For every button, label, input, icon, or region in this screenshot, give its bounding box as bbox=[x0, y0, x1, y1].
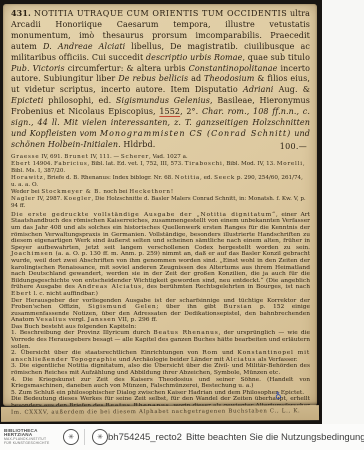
description-paragraph: 5. Zum Schluß ein philosophischer Dialog… bbox=[11, 390, 310, 397]
bibliography-line: Graesse IV, 691. Brunet IV, 111. — Scher… bbox=[11, 154, 310, 161]
bibliotheca-hertziana-logo: BIBLIOTHECA HERTZIANA MAX-PLANCK-INSTITU… bbox=[4, 429, 60, 446]
description-paragraph: 2. Übersicht über die staatsrechtlichen … bbox=[11, 350, 310, 363]
minerva-seal-icon: ✳ bbox=[63, 429, 79, 445]
minerva-seal-icon: ✳ bbox=[92, 429, 108, 445]
digitized-catalog-page: 431. NOTITIA UTRAQUE CUM ORIENTIS TUM OC… bbox=[0, 0, 364, 450]
catalog-entry-block: 431. NOTITIA UTRAQUE CUM ORIENTIS TUM OC… bbox=[11, 8, 310, 151]
catalog-card: 431. NOTITIA UTRAQUE CUM ORIENTIS TUM OC… bbox=[3, 4, 317, 406]
bibliography-line: Weder bei Stockmeyer & B. noch bei Hecke… bbox=[11, 189, 310, 196]
usage-notice: Bitte beachten Sie die Nutzungsbedingung… bbox=[186, 432, 364, 443]
catalog-entry-text: 431. NOTITIA UTRAQUE CUM ORIENTIS TUM OC… bbox=[11, 8, 310, 151]
image-id: bh754245_recto2 bbox=[108, 432, 182, 443]
description-paragraph: Das Buch besteht aus folgenden Kapiteln: bbox=[11, 324, 310, 331]
description-paragraph: 3. Die eigentliche Notitia dignitatum, a… bbox=[11, 363, 310, 376]
bibliography-line: Nagler IV, 2987. Koegler, Die Holzschnit… bbox=[11, 196, 310, 210]
scan-background: 431. NOTITIA UTRAQUE CUM ORIENTIS TUM OC… bbox=[0, 0, 322, 424]
description-block: Die erste gedruckte vollständige Ausgabe… bbox=[11, 212, 310, 406]
description-paragraph: Der Herausgeber der vorliegenden Ausgabe… bbox=[11, 298, 310, 324]
viewer-footer-bar: BIBLIOTHECA HERTZIANA MAX-PLANCK-INSTITU… bbox=[0, 424, 364, 450]
description-paragraph: 4. Die Kriegskunst zur Zeit des Kaisers … bbox=[11, 377, 310, 390]
bibliography-line: Ebert 14904. Fabricius, Bibl. lat. Ed. v… bbox=[11, 161, 310, 175]
underlying-card-cutoff-line: Im. CXXXV, außerdem die bei diesem Alpha… bbox=[11, 408, 313, 416]
description-paragraph: Die erste gedruckte vollständige Ausgabe… bbox=[11, 212, 310, 298]
price-value: 100.— bbox=[280, 142, 307, 151]
bibliography-line: Horawitz, Briefe d. B. Rhenanus: Index b… bbox=[11, 175, 310, 189]
blue-pencil-mark-icon: ♁ bbox=[274, 392, 282, 402]
institute-line: FÜR KUNSTGESCHICHTE bbox=[4, 442, 60, 446]
description-paragraph: 1. Beschreibung der Provinz Illyricum du… bbox=[11, 330, 310, 350]
underlying-card-edge: Im. CXXXV, außerdem die bei diesem Alpha… bbox=[1, 405, 319, 422]
footer-text: bh754245_recto2Bitte beachten Sie die Nu… bbox=[108, 432, 364, 443]
footer-divider bbox=[84, 429, 85, 445]
bibliography-block: Graesse IV, 691. Brunet IV, 111. — Scher… bbox=[11, 154, 310, 210]
